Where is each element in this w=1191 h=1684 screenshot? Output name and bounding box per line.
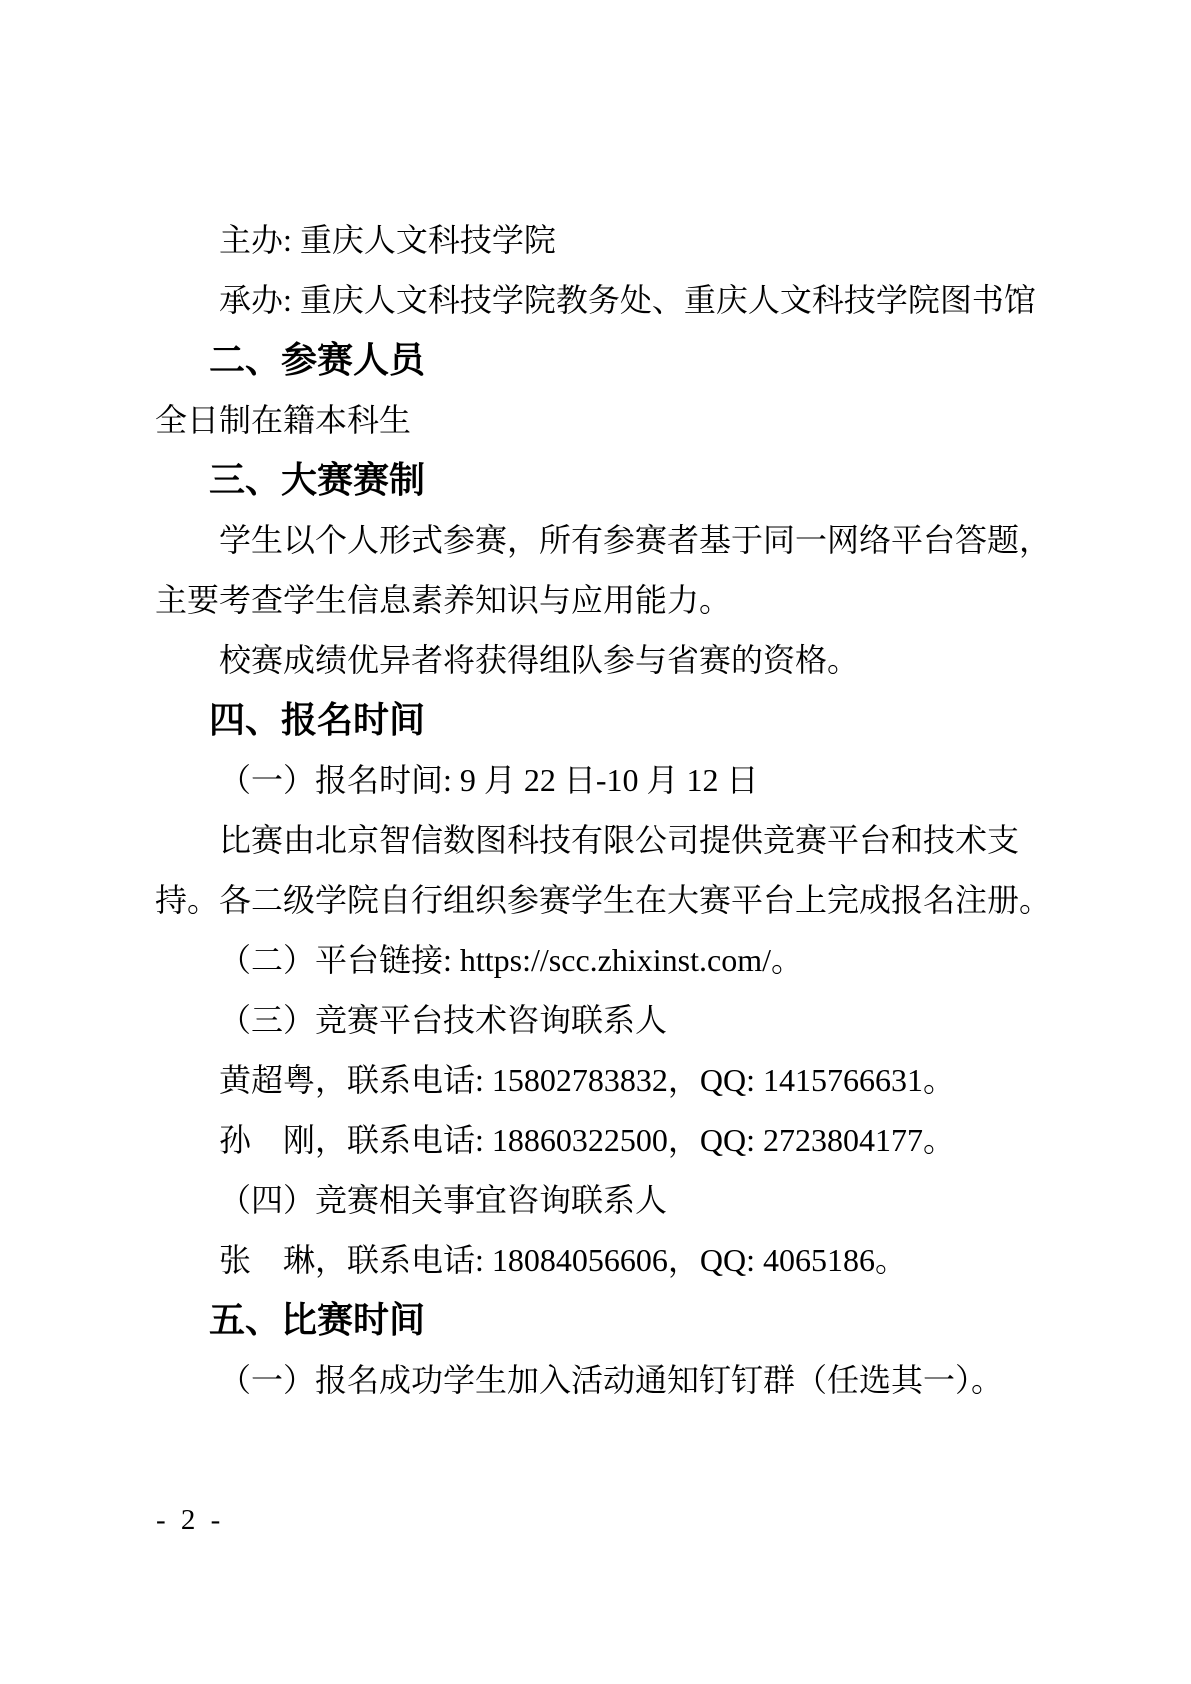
format-paragraph-line-2: 主要考查学生信息素养知识与应用能力。 [155, 570, 1085, 630]
co-organizer-line: 承办: 重庆人文科技学院教务处、重庆人文科技学院图书馆 [155, 270, 1085, 330]
contact-zhang-line: 张 琳，联系电话: 18084056606，QQ: 4065186。 [155, 1230, 1085, 1290]
heading-competition-time: 五、比赛时间 [155, 1290, 1085, 1350]
contact-sun-line: 孙 刚，联系电话: 18860322500，QQ: 2723804177。 [155, 1110, 1085, 1170]
participants-line: 全日制在籍本科生 [155, 390, 1085, 450]
document-body: 主办: 重庆人文科技学院承办: 重庆人文科技学院教务处、重庆人文科技学院图书馆二… [155, 210, 1085, 1410]
format-paragraph-line-1: 学生以个人形式参赛，所有参赛者基于同一网络平台答题， [155, 510, 1085, 570]
platform-provider-line-1: 比赛由北京智信数图科技有限公司提供竞赛平台和技术支 [155, 810, 1085, 870]
provincial-qualification-line: 校赛成绩优异者将获得组队参与省赛的资格。 [155, 630, 1085, 690]
dingtalk-group-line: （一）报名成功学生加入活动通知钉钉群（任选其一）。 [155, 1350, 1085, 1410]
document-page: 主办: 重庆人文科技学院承办: 重庆人文科技学院教务处、重庆人文科技学院图书馆二… [0, 0, 1191, 1684]
general-contact-heading-line: （四）竞赛相关事宜咨询联系人 [155, 1170, 1085, 1230]
heading-participants: 二、参赛人员 [155, 330, 1085, 390]
platform-link-line: （二）平台链接: https://scc.zhixinst.com/。 [155, 930, 1085, 990]
contact-huang-line: 黄超粤，联系电话: 15802783832，QQ: 1415766631。 [155, 1050, 1085, 1110]
heading-competition-format: 三、大赛赛制 [155, 450, 1085, 510]
tech-contact-heading-line: （三）竞赛平台技术咨询联系人 [155, 990, 1085, 1050]
registration-period-line: （一）报名时间: 9 月 22 日-10 月 12 日 [155, 750, 1085, 810]
organizer-line: 主办: 重庆人文科技学院 [155, 210, 1085, 270]
heading-registration-time: 四、报名时间 [155, 690, 1085, 750]
platform-provider-line-2: 持。各二级学院自行组织参赛学生在大赛平台上完成报名注册。 [155, 870, 1085, 930]
page-number: - 2 - [156, 1503, 224, 1537]
